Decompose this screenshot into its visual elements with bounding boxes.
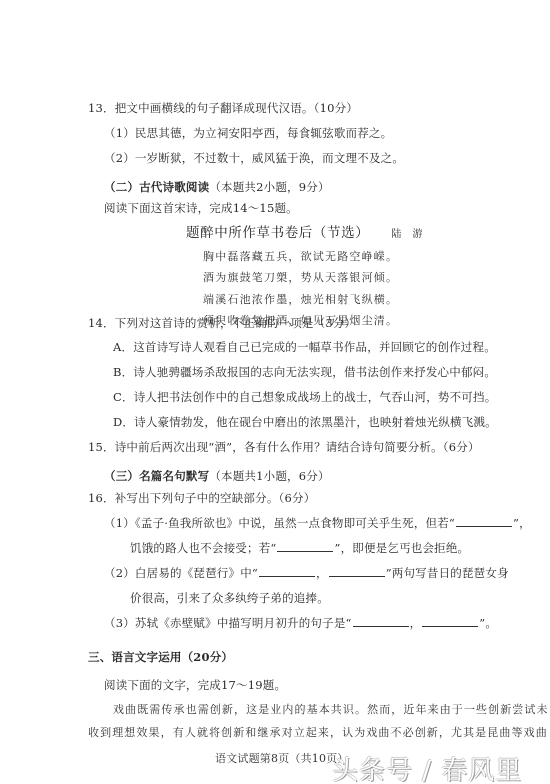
section2-title: （二）古代诗歌阅读 — [104, 180, 209, 194]
section2-heading: （二）古代诗歌阅读（本题共2小题，9分） — [104, 180, 330, 194]
q16-item-1a-text: （1）《孟子·鱼我所欲也》中说，虽然一点食物即可关乎生死，但若“ — [104, 516, 455, 530]
q16-item-1b-end: ”，即便是乞丐也会拒绝。 — [334, 541, 469, 555]
q16-stem: 16．补写出下列句子中的空缺部分。（6分） — [88, 491, 315, 505]
q13-stem: 13．把文中画横线的句子翻译成现代汉语。（10分） — [88, 101, 358, 115]
q14-option-c: C．诗人把书法创作中的自己想象成战场上的战士，气吞山河，势不可挡。 — [113, 390, 496, 404]
page-footer: 语文试题第8页（共10页） — [215, 752, 349, 766]
passage-line-1: 戏曲既需传承也需创新，这是业内的基本共识。然而，近年来由于一些创新尝试未 — [113, 703, 549, 717]
section3-title: （三）名篇名句默写 — [104, 469, 209, 483]
answer-blank[interactable] — [422, 616, 478, 627]
q16-item-1b-text: 饥饿的路人也不会接受；若“ — [130, 541, 276, 555]
section3-note: （本题共1小题，6分） — [209, 469, 329, 483]
part3-intro: 阅读下面的文字，完成17～19题。 — [104, 678, 286, 692]
section2-intro: 阅读下面这首宋诗，完成14～15题。 — [104, 201, 298, 215]
poem-line-1: 胸中磊落藏五兵，欲试无路空峥嵘。 — [203, 250, 398, 264]
passage-line-2: 收到理想效果，有人就将创新和继承对立起来，认为戏曲不必创新，尤其是昆曲等戏曲 — [88, 726, 548, 740]
poem-title: 题醉中所作草书卷后（节选） — [186, 225, 369, 241]
q16-item-2a-end: ”两句写昔日的琵琶女身 — [386, 566, 509, 580]
answer-blank[interactable] — [329, 566, 385, 577]
q14-option-a: A．这首诗写诗人观看自己已完成的一幅草书作品，并回顾它的创作过程。 — [113, 340, 496, 354]
section3-heading: （三）名篇名句默写（本题共1小题，6分） — [104, 469, 330, 483]
q16-item-1a-end: ”， — [513, 516, 531, 530]
q14-option-b: B．诗人驰骋疆场杀敌报国的志向无法实现，借书法创作来抒发心中郁闷。 — [113, 365, 496, 379]
q16-item-2a-text: （2）白居易的《琵琶行》中“ — [104, 566, 258, 580]
section2-note: （本题共2小题，9分） — [209, 180, 329, 194]
q16-item-3-text: （3）苏轼《赤壁赋》中描写明月初升的句子是“ — [104, 616, 352, 630]
q14-option-d: D．诗人豪情勃发，他在砚台中磨出的浓黑墨汁，也映射着烛光纵横飞溅。 — [113, 415, 497, 429]
poem-title-line: 题醉中所作草书卷后（节选）陆 游 — [186, 226, 427, 242]
answer-blank[interactable] — [456, 516, 512, 527]
q16-item-2-sep: ， — [316, 566, 328, 580]
answer-blank[interactable] — [259, 566, 315, 577]
poem-line-3: 端溪石池浓作墨，烛光相射飞纵横。 — [203, 293, 398, 307]
poem-line-2: 酒为旗鼓笔刀槊，势从天落银河倾。 — [203, 271, 398, 285]
q16-item-3-end: ”。 — [479, 616, 497, 630]
part3-heading: 三、语言文字运用（20分） — [88, 650, 233, 664]
q16-item-3-sep: ， — [410, 616, 422, 630]
poem-author: 陆 游 — [391, 229, 426, 240]
exam-page: 13．把文中画横线的句子翻译成现代汉语。（10分） （1）民思其德，为立祠安阳亭… — [0, 0, 550, 784]
q16-item-2b: 价很高，引来了众多纨绔子弟的追捧。 — [130, 591, 329, 605]
answer-blank[interactable] — [277, 541, 333, 552]
q16-item-3: （3）苏轼《赤壁赋》中描写明月初升的句子是“，”。 — [104, 616, 497, 630]
q16-item-1a: （1）《孟子·鱼我所欲也》中说，虽然一点食物即可关乎生死，但若“”， — [104, 516, 531, 530]
watermark: 头条号 / 春风里 — [332, 750, 522, 784]
q13-item-2: （2）一岁断狱，不过数十，威风猛于涣，而文理不及之。 — [104, 151, 404, 165]
q14-stem: 14．下列对这首诗的赏析，不正确的一项是（3分） — [88, 316, 356, 330]
answer-blank[interactable] — [353, 616, 409, 627]
q15-stem: 15．诗中前后两次出现“酒”，各有什么作用？请结合诗句简要分析。（6分） — [88, 440, 480, 454]
q13-item-1: （1）民思其德，为立祠安阳亭西，每食辄弦歌而荐之。 — [104, 126, 392, 140]
q16-item-1b: 饥饿的路人也不会接受；若“”，即便是乞丐也会拒绝。 — [130, 541, 469, 555]
q16-item-2a: （2）白居易的《琵琶行》中“，”两句写昔日的琵琶女身 — [104, 566, 509, 580]
